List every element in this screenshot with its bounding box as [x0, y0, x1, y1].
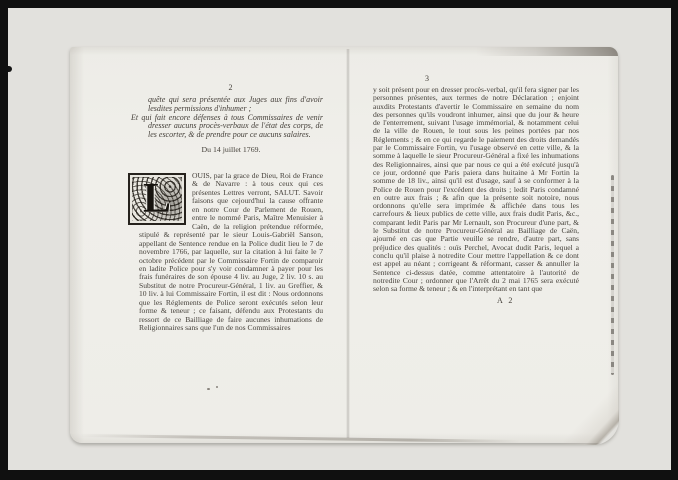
page-left: 2 quête qui sera présentée aux Juges aux… [139, 83, 323, 333]
fore-edge-marks [611, 175, 614, 375]
curled-corner [541, 353, 619, 445]
ink-speck [207, 388, 210, 390]
drop-cap-letter: L [130, 175, 184, 223]
ink-speck [216, 386, 218, 388]
date-heading: Du 14 juillet 1769. [139, 145, 323, 154]
page-right: 3 y soit présent pour en dresser procès-… [373, 74, 579, 305]
body-text-right: y soit présent pour en dresser procès-ve… [373, 86, 579, 293]
intro-italic-block: quête qui sera présentée aux Juges aux f… [148, 96, 323, 140]
page-number-left: 2 [139, 83, 323, 94]
intro-paragraph-1: quête qui sera présentée aux Juges aux f… [148, 96, 323, 114]
bottom-page-edge-shadow [80, 434, 520, 443]
page-number-right: 3 [373, 74, 579, 85]
body-text-left: LOUIS, par la grace de Dieu, Roi de Fran… [139, 172, 323, 333]
signature-mark: A 2 [373, 296, 579, 305]
drop-cap-ornament: L [128, 173, 186, 225]
top-edge-smudge [468, 47, 618, 56]
intro-paragraph-2: Et qui fait encore défenses à tous Commi… [148, 114, 323, 140]
page-gutter-shadow [346, 49, 350, 438]
